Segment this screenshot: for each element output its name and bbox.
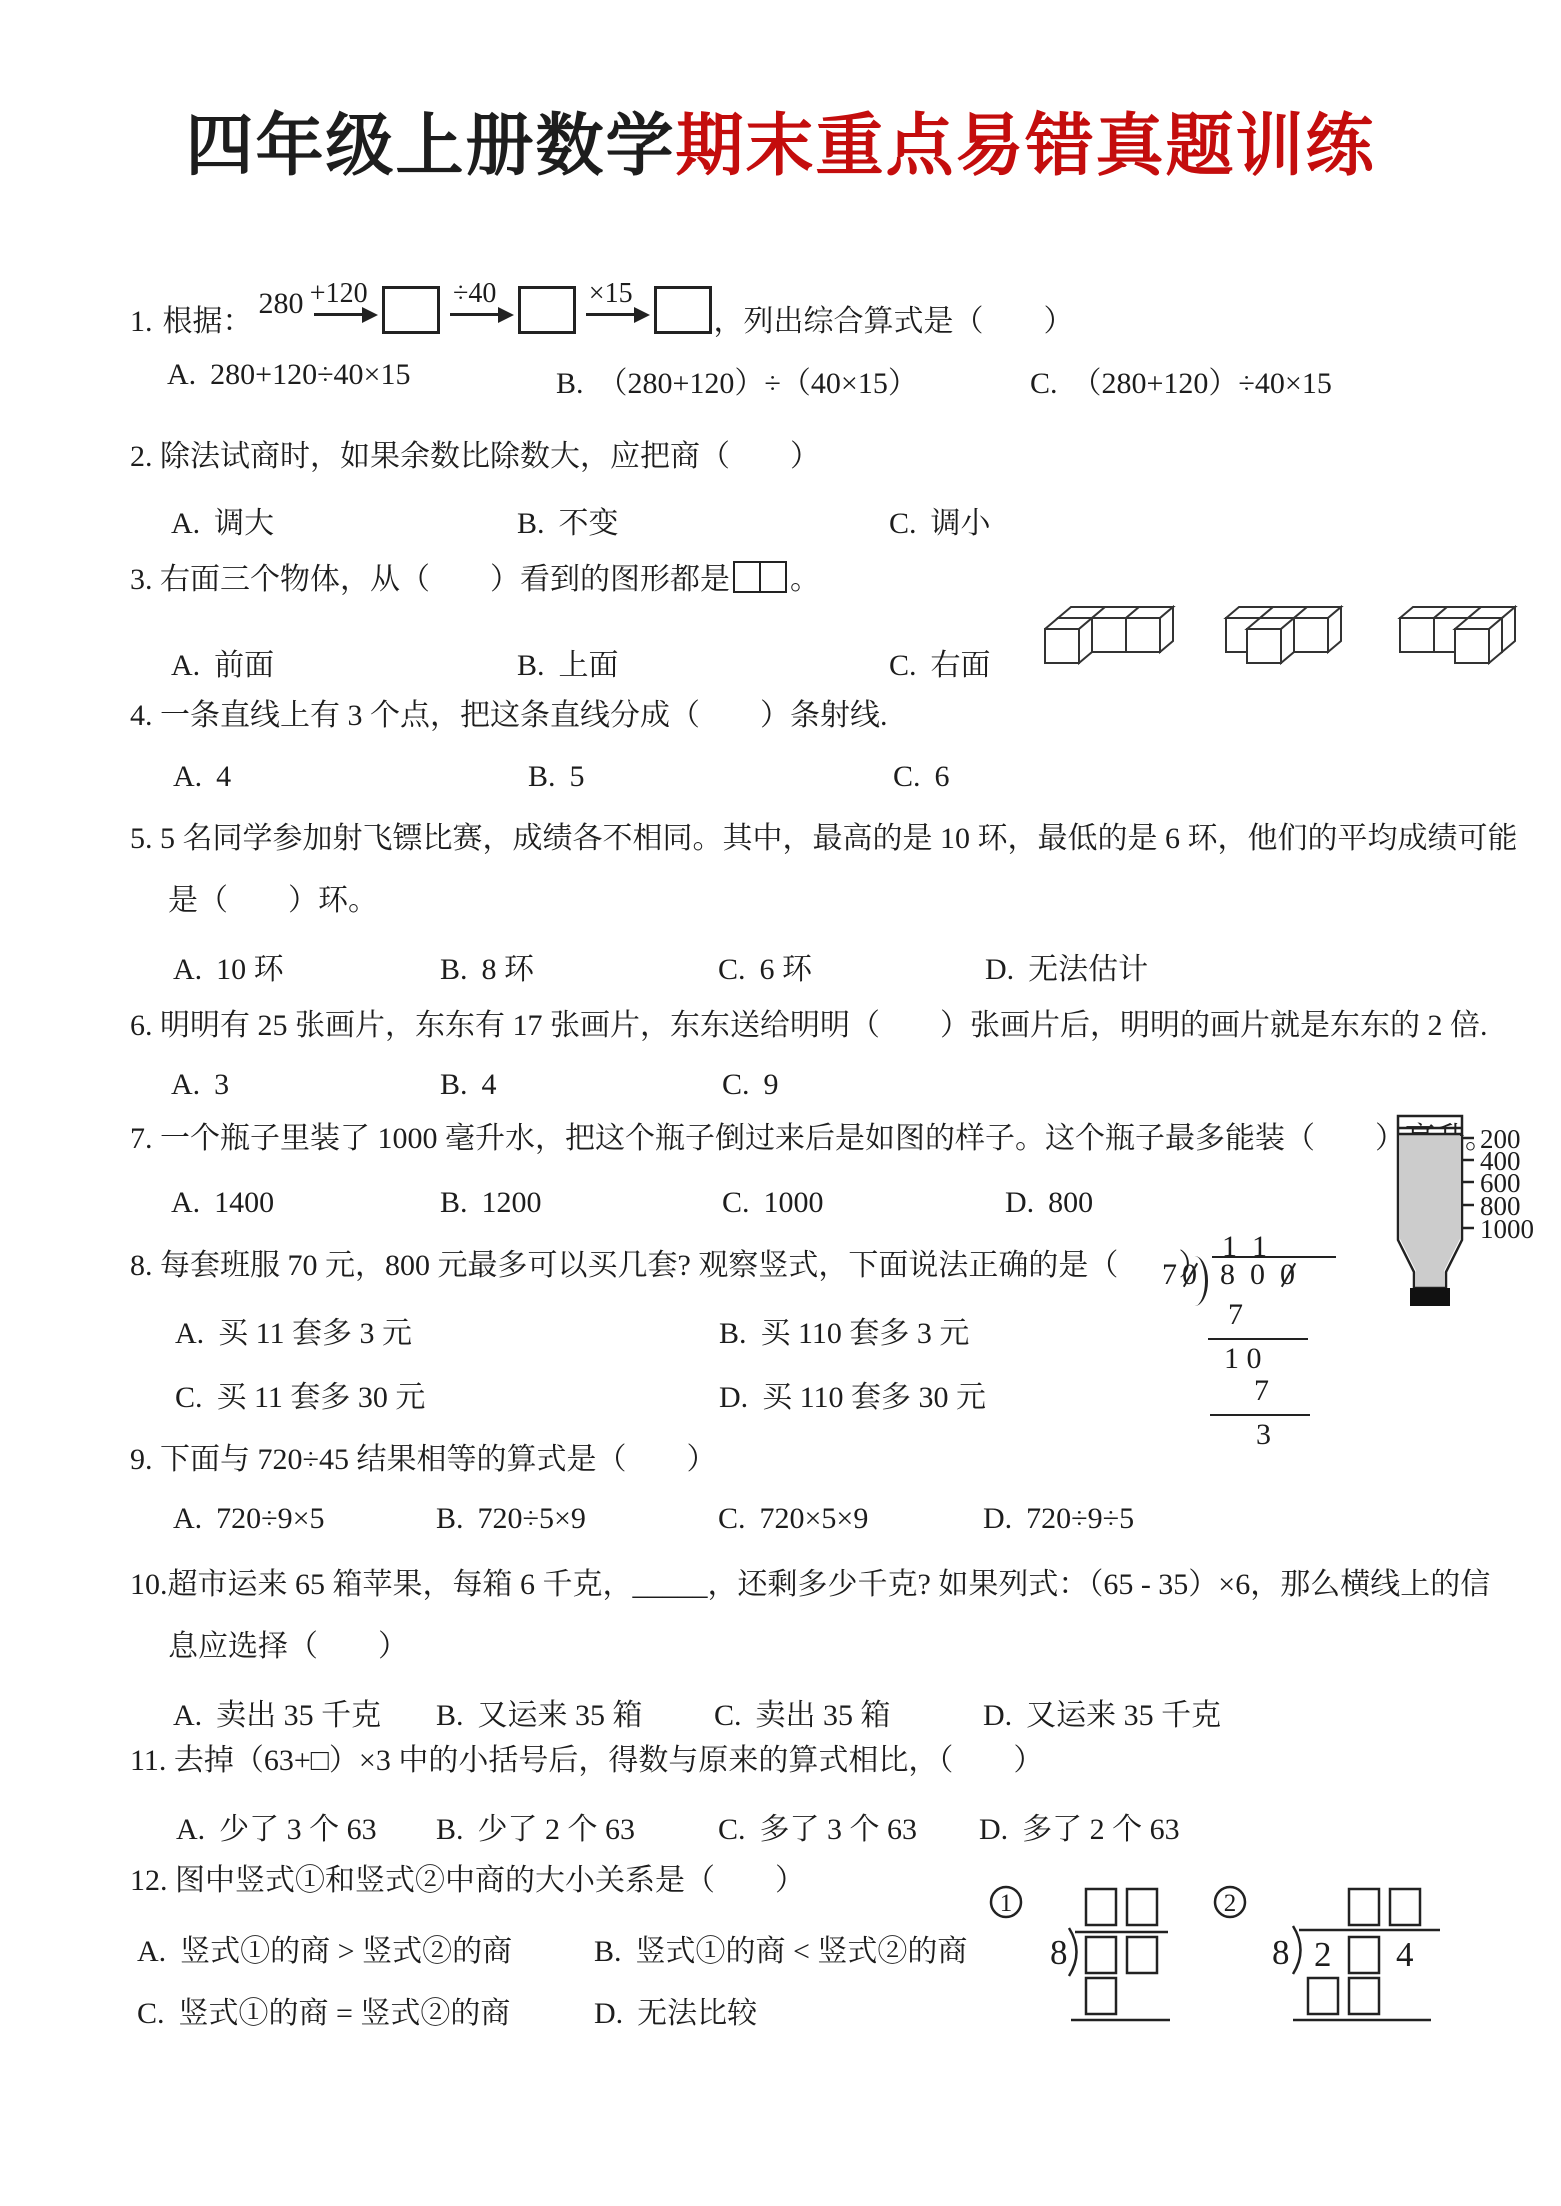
question-9-options: A.720÷9×5 B.720÷5×9 C.720×5×9 D.720÷9÷5 — [0, 1502, 1561, 1544]
bottle-figure: 200 400 600 800 1000 — [1388, 1112, 1558, 1312]
q10-option-d: D.又运来 35 千克 — [983, 1690, 1221, 1734]
q12-option-b: B.竖式①的商 < 竖式②的商 — [594, 1926, 967, 1970]
division-bracket-icon — [1190, 1256, 1208, 1306]
question-4-options: A.4 B.5 C.6 — [0, 760, 1561, 802]
flow-arrow-icon: ×15 — [586, 313, 646, 316]
q11-option-a: A.少了 3 个 63 — [176, 1804, 377, 1848]
cube-figure-left — [1044, 594, 1176, 670]
circled-one-label: 1 — [1000, 1890, 1013, 1917]
q6-option-b: B.4 — [440, 1068, 497, 1102]
question-6-text: 6. 明明有 25 张画片，东东有 17 张画片，东东送给明明（ ）张画片后，明… — [130, 1007, 1488, 1045]
q2-option-c: C.调小 — [889, 498, 991, 542]
q4-option-a: A.4 — [173, 760, 231, 794]
q6-option-a: A.3 — [171, 1068, 229, 1102]
q7-option-b: B.1200 — [440, 1186, 542, 1220]
question-1-prefix: 根据： — [163, 303, 253, 341]
q8-option-c: C.买 11 套多 30 元 — [175, 1372, 425, 1416]
question-1-number: 1. — [130, 303, 153, 341]
q1-option-b: B.（280+120）÷（40×15） — [556, 358, 918, 402]
cube-figure-right — [1386, 594, 1518, 670]
division-step: 1 0 — [1224, 1342, 1262, 1376]
question-1-options: A.280+120÷40×15 B.（280+120）÷（40×15） C.（2… — [0, 358, 1561, 400]
division-step: 7 — [1228, 1298, 1243, 1332]
question-5-text-line1: 5. 5 名同学参加射飞镖比赛，成绩各不相同。其中，最高的是 10 环，最低的是… — [130, 820, 1518, 858]
question-7-options: A.1400 B.1200 C.1000 D.800 — [0, 1186, 1561, 1228]
long-division-figure: 1 1 7 0 8 0 0 7 1 0 7 3 — [1158, 1228, 1368, 1438]
q3-option-a: A.前面 — [171, 640, 274, 684]
question-7-text: 7. 一个瓶子里装了 1000 毫升水，把这个瓶子倒过来后是如图的样子。这个瓶子… — [130, 1120, 1495, 1158]
q11-option-d: D.多了 2 个 63 — [979, 1804, 1180, 1848]
flow-arrow-icon: ÷40 — [450, 313, 510, 316]
question-2-options: A.调大 B.不变 C.调小 — [0, 498, 1561, 540]
q10-option-a: A.卖出 35 千克 — [173, 1690, 381, 1734]
fig2-dividend-digit: 4 — [1396, 1935, 1414, 1974]
flow-arrow-label: +120 — [310, 276, 368, 311]
q9-option-a: A.720÷9×5 — [173, 1502, 325, 1536]
divisor-digit: 7 — [1162, 1258, 1177, 1292]
q3-option-b: B.上面 — [517, 640, 619, 684]
q6-option-c: C.9 — [722, 1068, 779, 1102]
page-title-red: 期末重点易错真题训练 — [676, 108, 1376, 184]
division-rule — [1208, 1338, 1308, 1340]
q9-option-c: C.720×5×9 — [718, 1502, 868, 1536]
question-3: 3. 右面三个物体，从（ ）看到的图形都是 。 — [130, 550, 820, 598]
flow-box — [654, 286, 712, 334]
question-5-text-line2: 是（ ）环。 — [168, 882, 378, 920]
division-remainder: 3 — [1256, 1418, 1271, 1452]
question-3-suffix: 。 — [790, 561, 820, 599]
q11-option-b: B.少了 2 个 63 — [436, 1804, 635, 1848]
q10-option-c: C.卖出 35 箱 — [714, 1690, 891, 1734]
question-12-text: 12. 图中竖式①和竖式②中商的大小关系是（ ） — [130, 1862, 805, 1900]
division-rule — [1210, 1414, 1310, 1416]
q12-option-a: A.竖式①的商 > 竖式②的商 — [137, 1926, 512, 1970]
question-1-suffix: ，列出综合算式是（ ） — [714, 303, 1074, 341]
page-title-black: 四年级上册数学 — [185, 108, 675, 184]
q11-option-c: C.多了 3 个 63 — [718, 1804, 917, 1848]
cube-figure-middle — [1212, 594, 1344, 670]
flow-arrow-icon: +120 — [314, 313, 374, 316]
division-step: 7 — [1254, 1374, 1269, 1408]
q9-option-d: D.720÷9÷5 — [983, 1502, 1134, 1536]
q10-option-b: B.又运来 35 箱 — [436, 1690, 643, 1734]
q2-option-b: B.不变 — [517, 498, 619, 542]
vertical-division-figures: 1 8 2 8 2 4 — [980, 1862, 1460, 2030]
question-9-text: 9. 下面与 720÷45 结果相等的算式是（ ） — [130, 1441, 716, 1479]
q12-option-d: D.无法比较 — [594, 1988, 757, 2032]
q3-option-c: C.右面 — [889, 640, 991, 684]
flow-box — [518, 286, 576, 334]
q8-option-a: A.买 11 套多 3 元 — [175, 1308, 412, 1352]
question-11-options: A.少了 3 个 63 B.少了 2 个 63 C.多了 3 个 63 D.多了… — [0, 1804, 1561, 1846]
q7-option-c: C.1000 — [722, 1186, 824, 1220]
bottle-cap — [1410, 1288, 1450, 1306]
question-10-text-line2: 息应选择（ ） — [168, 1628, 408, 1666]
q1-option-a: A.280+120÷40×15 — [167, 358, 410, 392]
question-10-options: A.卖出 35 千克 B.又运来 35 箱 C.卖出 35 箱 D.又运来 35… — [0, 1690, 1561, 1732]
question-8-text: 8. 每套班服 70 元，800 元最多可以买几套? 观察竖式，下面说法正确的是… — [130, 1247, 1208, 1285]
worksheet-page: 四年级上册数学期末重点易错真题训练 1. 根据： 280 +120 ÷40 ×1… — [0, 0, 1561, 2206]
fig1-divisor: 8 — [1050, 1933, 1068, 1972]
flow-arrow-label: ÷40 — [453, 276, 496, 311]
q5-option-b: B.8 环 — [440, 944, 534, 988]
q12-option-c: C.竖式①的商 = 竖式②的商 — [137, 1988, 510, 2032]
flow-arrow-label: ×15 — [589, 276, 633, 311]
q8-option-b: B.买 110 套多 3 元 — [719, 1308, 969, 1352]
q7-option-a: A.1400 — [171, 1186, 274, 1220]
dividend-digit-struck: 0 — [1280, 1258, 1295, 1292]
two-square-shape-icon — [733, 561, 787, 593]
dividend-digit: 8 — [1220, 1258, 1235, 1292]
flow-start-value: 280 — [259, 285, 304, 323]
question-10-text-line1: 10.超市运来 65 箱苹果，每箱 6 千克，_____，还剩多少千克? 如果列… — [130, 1566, 1490, 1604]
q4-option-c: C.6 — [893, 760, 950, 794]
bottle-scale-label: 1000 — [1480, 1214, 1534, 1244]
question-5-options: A.10 环 B.8 环 C.6 环 D.无法估计 — [0, 944, 1561, 986]
fig2-divisor: 8 — [1272, 1933, 1290, 1972]
circled-two-label: 2 — [1224, 1890, 1237, 1917]
q5-option-d: D.无法估计 — [985, 944, 1148, 988]
page-title: 四年级上册数学期末重点易错真题训练 — [0, 92, 1561, 189]
question-11-text: 11. 去掉（63+□）×3 中的小括号后，得数与原来的算式相比，（ ） — [130, 1742, 1043, 1780]
question-4-text: 4. 一条直线上有 3 个点，把这条直线分成（ ）条射线. — [130, 697, 888, 735]
fig2-dividend-digit: 2 — [1314, 1935, 1332, 1974]
question-2-text: 2. 除法试商时，如果余数比除数大，应把商（ ） — [130, 438, 820, 476]
q2-option-a: A.调大 — [171, 498, 274, 542]
q9-option-b: B.720÷5×9 — [436, 1502, 586, 1536]
dividend-digit: 0 — [1250, 1258, 1265, 1292]
question-3-prefix: 3. 右面三个物体，从（ ）看到的图形都是 — [130, 561, 730, 599]
q8-option-d: D.买 110 套多 30 元 — [719, 1372, 986, 1416]
flow-box — [382, 286, 440, 334]
q5-option-c: C.6 环 — [718, 944, 812, 988]
q4-option-b: B.5 — [528, 760, 585, 794]
question-1: 1. 根据： 280 +120 ÷40 ×15 ，列出综合算式是（ ） — [130, 260, 1074, 340]
q5-option-a: A.10 环 — [173, 944, 284, 988]
q1-option-c: C.（280+120）÷40×15 — [1030, 358, 1332, 402]
q7-option-d: D.800 — [1005, 1186, 1093, 1220]
question-6-options: A.3 B.4 C.9 — [0, 1068, 1561, 1110]
